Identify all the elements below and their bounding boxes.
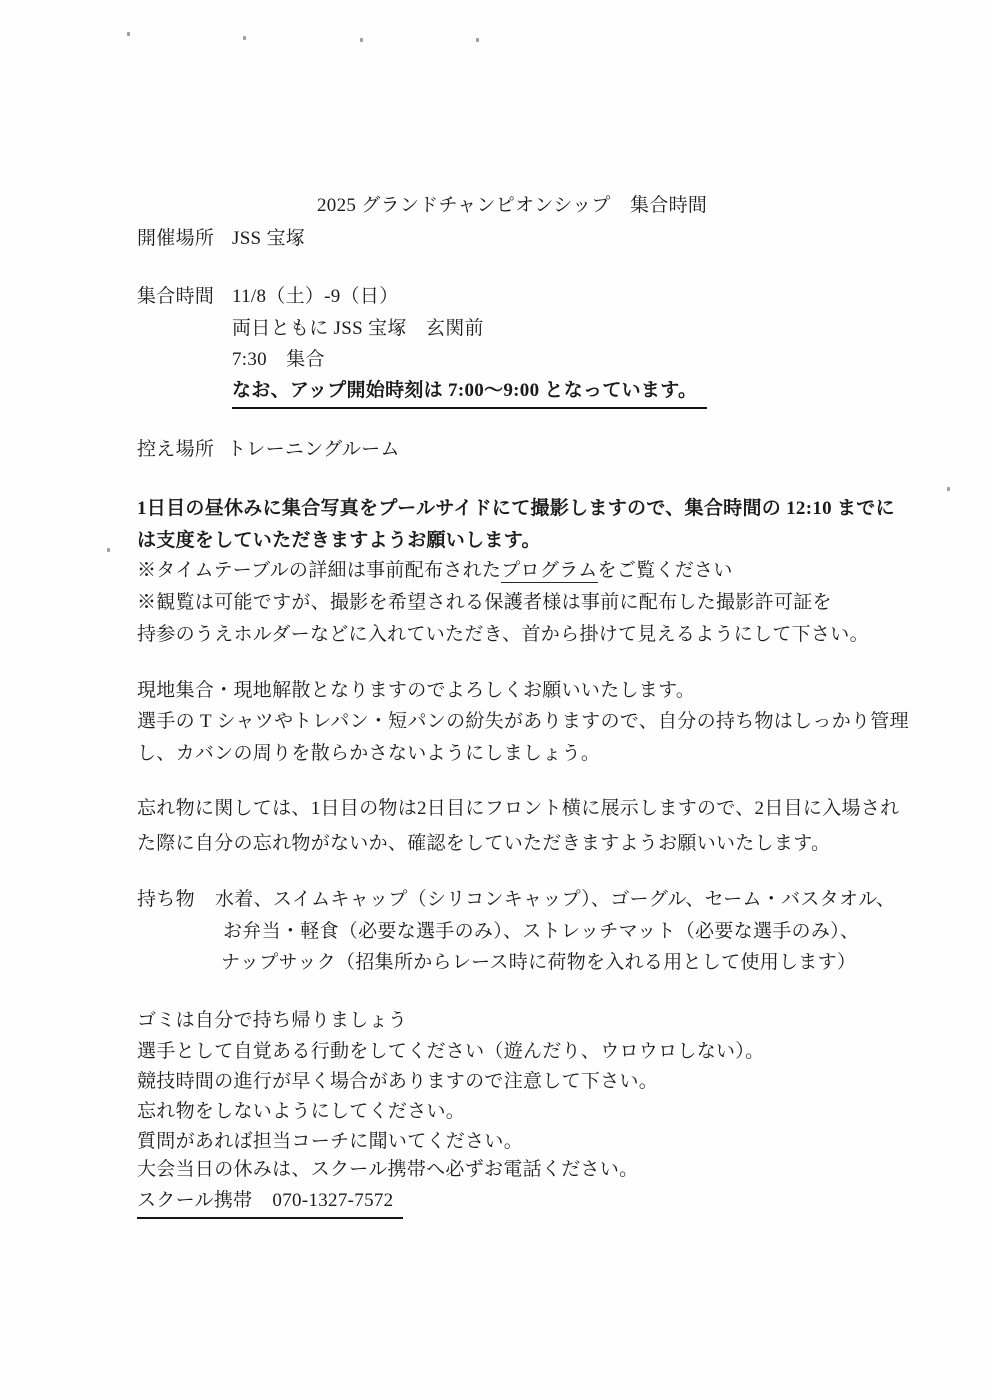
- rule-absence-call: 大会当日の休みは、スクール携帯へ必ずお電話ください。: [137, 1157, 638, 1183]
- waiting-value: トレーニングルーム: [227, 439, 400, 460]
- contact-label: スクール携帯: [137, 1190, 252, 1211]
- belongings-row: 持ち物水着、スイムキャップ（シリコンキャップ）、ゴーグル、セーム・バスタオル、: [137, 887, 895, 913]
- meeting-note-row: なお、アップ開始時刻は 7:00～9:00 となっています。: [232, 378, 707, 409]
- waiting-label: 控え場所: [137, 437, 227, 463]
- rule-questions: 質問があれば担当コーチに聞いてください。: [137, 1129, 523, 1155]
- meeting-note: なお、アップ開始時刻は 7:00～9:00 となっています。: [232, 378, 707, 409]
- note-timetable: ※タイムテーブルの詳細は事前配布されたプログラムをご覧ください: [137, 558, 733, 584]
- onsite-line1: 現地集合・現地解散となりますのでよろしくお願いいたします。: [137, 678, 695, 704]
- note-timetable-program: プログラム: [501, 560, 597, 583]
- rule-lost-items: 忘れ物をしないようにしてください。: [137, 1099, 465, 1125]
- photo-paragraph-line1: 1日目の昼休みに集合写真をプールサイドにて撮影しますので、集合時間の 12:10…: [137, 496, 895, 522]
- belongings-line2: お弁当・軽食（必要な選手のみ）、ストレッチマット（必要な選手のみ）、: [223, 919, 859, 945]
- contact-phone-number: 070-1327-7572: [272, 1190, 393, 1211]
- rule-schedule: 競技時間の進行が早く場合がありますので注意して下さい。: [137, 1069, 658, 1095]
- scan-speck: [360, 38, 363, 42]
- doc-title: 2025 グランドチャンピオンシップ 集合時間: [317, 193, 707, 219]
- scan-speck: [127, 32, 130, 36]
- meeting-place: 両日ともに JSS 宝塚 玄関前: [232, 316, 484, 342]
- meeting-date: 11/8（土）-9（日）: [232, 286, 399, 307]
- scanned-document-page: 2025 グランドチャンピオンシップ 集合時間 開催場所JSS 宝塚 集合時間1…: [0, 0, 991, 1400]
- belongings-label: 持ち物: [137, 887, 215, 913]
- belongings-line3: ナップサック（招集所からレース時に荷物を入れる用として使用します）: [221, 950, 856, 976]
- note-viewing-line2: 持参のうえホルダーなどに入れていただき、首から掛けて見えるようにして下さい。: [137, 622, 869, 648]
- contact-row: スクール携帯070-1327-7572: [137, 1188, 403, 1219]
- venue-value: JSS 宝塚: [232, 228, 305, 249]
- lost-line2: た際に自分の忘れ物がないか、確認をしていただきますようお願いいたします。: [137, 831, 830, 857]
- meeting-time: 7:30 集合: [232, 347, 325, 373]
- scan-speck: [107, 548, 110, 552]
- onsite-line2: 選手の T シャツやトレパン・短パンの紛失がありますので、自分の持ち物はしっかり…: [137, 709, 909, 735]
- meeting-label: 集合時間: [137, 284, 232, 310]
- scan-speck: [243, 36, 246, 40]
- venue-label: 開催場所: [137, 226, 232, 252]
- photo-paragraph-line2: は支度をしていただきますようお願いします。: [137, 528, 541, 554]
- waiting-row: 控え場所トレーニングルーム: [137, 437, 400, 463]
- note-timetable-post: をご覧ください: [598, 560, 733, 581]
- venue-row: 開催場所JSS 宝塚: [137, 226, 305, 252]
- onsite-line3: し、カバンの周りを散らかさないようにしましょう。: [137, 741, 600, 767]
- meeting-row: 集合時間11/8（土）-9（日）: [137, 284, 399, 310]
- note-viewing-line1: ※観覧は可能ですが、撮影を希望される保護者様は事前に配布した撮影許可証を: [137, 590, 832, 616]
- lost-line1: 忘れ物に関しては、1日目の物は2日目にフロント横に展示しますので、2日目に入場さ…: [137, 796, 899, 822]
- scan-speck: [476, 38, 479, 42]
- scan-speck: [947, 487, 950, 491]
- rule-behavior: 選手として自覚ある行動をしてください（遊んだり、ウロウロしない）。: [137, 1039, 764, 1065]
- note-timetable-pre: ※タイムテーブルの詳細は事前配布された: [137, 560, 501, 581]
- belongings-line1: 水着、スイムキャップ（シリコンキャップ）、ゴーグル、セーム・バスタオル、: [215, 889, 895, 910]
- rule-trash: ゴミは自分で持ち帰りましょう: [137, 1008, 407, 1034]
- contact-underlined: スクール携帯070-1327-7572: [137, 1188, 403, 1219]
